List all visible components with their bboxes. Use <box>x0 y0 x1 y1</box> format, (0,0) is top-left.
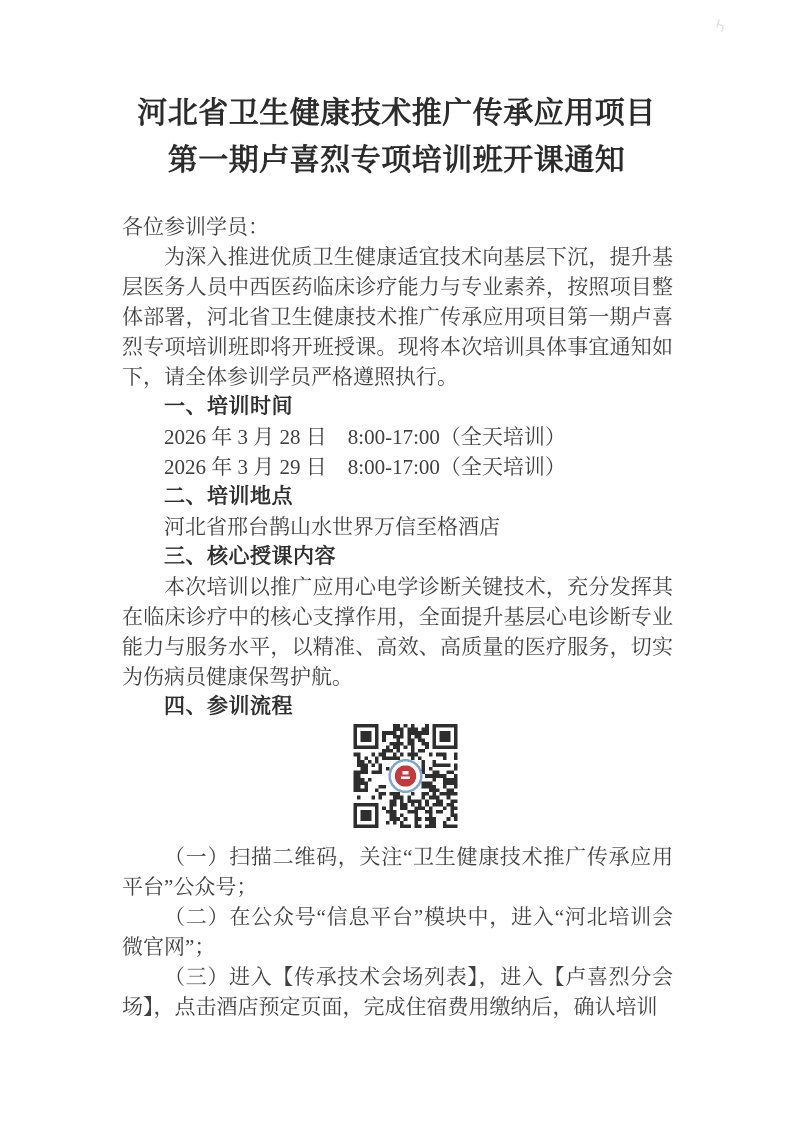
course-content-paragraph: 本次培训以推广应用心电学诊断关键技术，充分发挥其在临床诊疗中的核心支撑作用，全面… <box>122 572 673 692</box>
document-title: 河北省卫生健康技术推广传承应用项目 第一期卢喜烈专项培训班开课通知 <box>0 90 793 184</box>
training-date-1: 2026 年 3 月 28 日 8:00-17:00（全天培训） <box>122 422 673 452</box>
document-body: 各位参训学员： 为深入推进优质卫生健康适宜技术向基层下沉，提升基层医务人员中西医… <box>122 212 673 1022</box>
title-line-2: 第一期卢喜烈专项培训班开课通知 <box>0 137 793 184</box>
training-date-2: 2026 年 3 月 29 日 8:00-17:00（全天培训） <box>122 452 673 482</box>
section-heading-course-content: 三、核心授课内容 <box>122 542 673 572</box>
scan-smudge-mark <box>714 18 732 38</box>
section-heading-procedure: 四、参训流程 <box>122 692 673 722</box>
procedure-step-1: （一）扫描二维码，关注“卫生健康技术推广传承应用平台”公众号； <box>122 842 673 902</box>
procedure-step-2: （二）在公众号“信息平台”模块中，进入“河北培训会微官网”； <box>122 902 673 962</box>
intro-paragraph: 为深入推进优质卫生健康适宜技术向基层下沉，提升基层医务人员中西医药临床诊疗能力与… <box>122 242 673 392</box>
section-heading-training-time: 一、培训时间 <box>122 392 673 422</box>
section-heading-training-location: 二、培训地点 <box>122 482 673 512</box>
salutation: 各位参训学员： <box>122 212 673 242</box>
qr-code-image <box>352 724 459 828</box>
wechat-qr-code <box>352 724 459 828</box>
title-line-1: 河北省卫生健康技术推广传承应用项目 <box>0 90 793 137</box>
training-location: 河北省邢台鹊山水世界万信至格酒店 <box>122 512 673 542</box>
scanned-notice-page: 河北省卫生健康技术推广传承应用项目 第一期卢喜烈专项培训班开课通知 各位参训学员… <box>0 0 793 1122</box>
procedure-step-3: （三）进入【传承技术会场列表】，进入【卢喜烈分会场】，点击酒店预定页面，完成住宿… <box>122 962 673 1022</box>
